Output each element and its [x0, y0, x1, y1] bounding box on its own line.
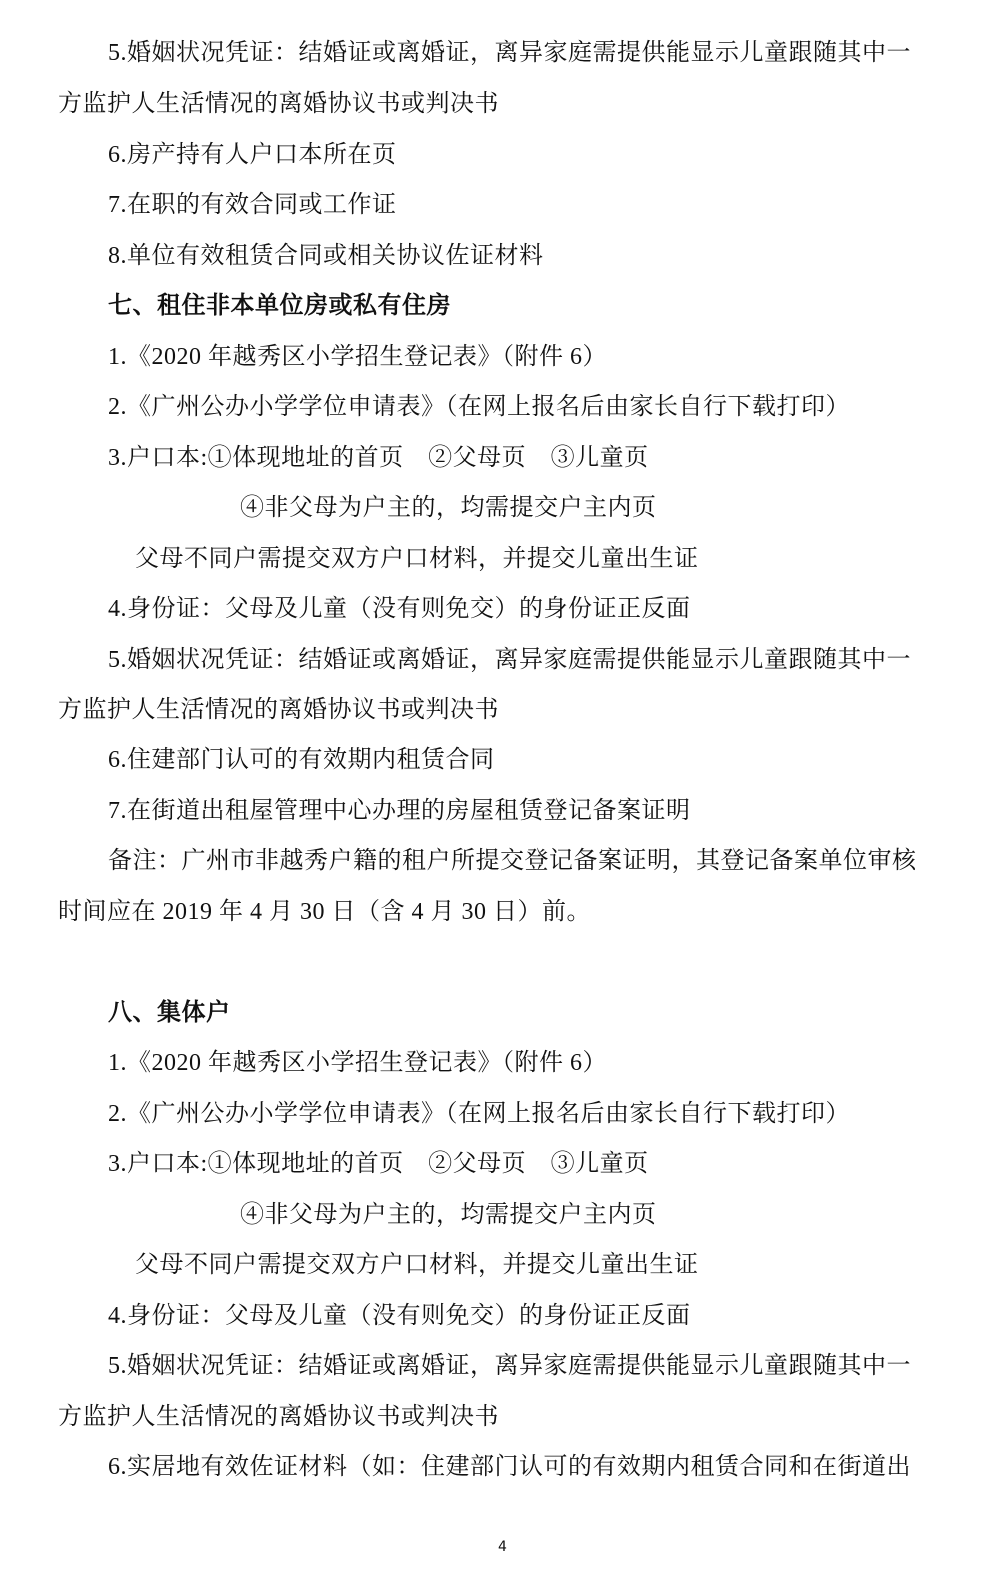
s8-item-6-residence-proof: 6.实居地有效佐证材料（如：住建部门认可的有效期内租赁合同和在街道出: [108, 1452, 911, 1482]
item-5-marriage-certificate: 5.婚姻状况凭证：结婚证或离婚证，离异家庭需提供能显示儿童跟随其中一: [108, 38, 911, 68]
s7-item-5-marriage-certificate-cont: 方监护人生活情况的离婚协议书或判决书: [58, 695, 499, 725]
item-8-lease-contract: 8.单位有效租赁合同或相关协议佐证材料: [108, 241, 544, 271]
s7-remark-cont: 时间应在 2019 年 4 月 30 日（含 4 月 30 日）前。: [58, 897, 591, 927]
s7-item-6-lease-contract: 6.住建部门认可的有效期内租赁合同: [108, 745, 495, 775]
item-7-employment-contract: 7.在职的有效合同或工作证: [108, 190, 397, 220]
s8-item-3-hukou-sub4: ④非父母为户主的，均需提交户主内页: [240, 1200, 657, 1230]
s7-item-3-hukou-sub4: ④非父母为户主的，均需提交户主内页: [240, 493, 657, 523]
s8-item-1-registration-form: 1.《2020 年越秀区小学招生登记表》（附件 6）: [108, 1048, 607, 1078]
s7-item-3-hukou: 3.户口本:①体现地址的首页 ②父母页 ③儿童页: [108, 443, 649, 473]
s8-item-2-application-form: 2.《广州公办小学学位申请表》（在网上报名后由家长自行下载打印）: [108, 1099, 850, 1129]
s7-item-4-id-card: 4.身份证：父母及儿童（没有则免交）的身份证正反面: [108, 594, 691, 624]
section-heading-7: 七、租住非本单位房或私有住房: [108, 291, 451, 321]
s7-item-2-application-form: 2.《广州公办小学学位申请表》（在网上报名后由家长自行下载打印）: [108, 392, 850, 422]
item-6-property-hukou: 6.房产持有人户口本所在页: [108, 140, 397, 170]
s8-item-5-marriage-certificate: 5.婚姻状况凭证：结婚证或离婚证，离异家庭需提供能显示儿童跟随其中一: [108, 1351, 911, 1381]
s7-item-7-rental-registration: 7.在街道出租屋管理中心办理的房屋租赁登记备案证明: [108, 796, 691, 826]
page-number: 4: [0, 1538, 1005, 1556]
s8-item-3-hukou: 3.户口本:①体现地址的首页 ②父母页 ③儿童页: [108, 1149, 649, 1179]
s7-remark: 备注：广州市非越秀户籍的租户所提交登记备案证明，其登记备案单位审核: [108, 846, 917, 876]
s7-item-3-hukou-note: 父母不同户需提交双方户口材料，并提交儿童出生证: [135, 544, 699, 574]
s8-item-5-marriage-certificate-cont: 方监护人生活情况的离婚协议书或判决书: [58, 1402, 499, 1432]
section-heading-8: 八、集体户: [108, 998, 231, 1028]
s8-item-3-hukou-note: 父母不同户需提交双方户口材料，并提交儿童出生证: [135, 1250, 699, 1280]
item-5-marriage-certificate-cont: 方监护人生活情况的离婚协议书或判决书: [58, 89, 499, 119]
s7-item-1-registration-form: 1.《2020 年越秀区小学招生登记表》（附件 6）: [108, 342, 607, 372]
s7-item-5-marriage-certificate: 5.婚姻状况凭证：结婚证或离婚证，离异家庭需提供能显示儿童跟随其中一: [108, 645, 911, 675]
s8-item-4-id-card: 4.身份证：父母及儿童（没有则免交）的身份证正反面: [108, 1301, 691, 1331]
